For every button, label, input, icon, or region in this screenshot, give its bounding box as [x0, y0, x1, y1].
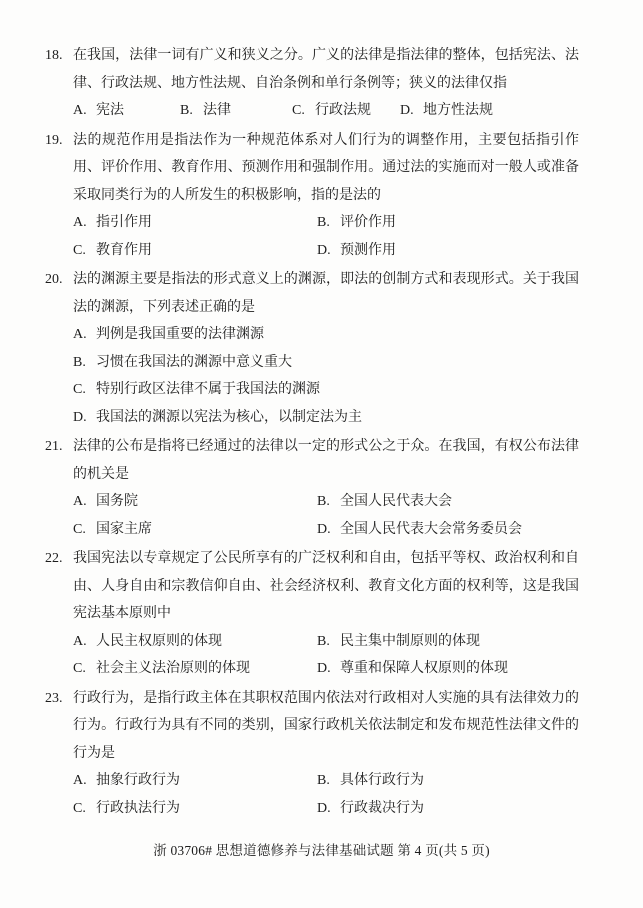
options-grid: A.国务院 B.全国人民代表大会 C.国家主席 D.全国人民代表大会常务委员会 — [73, 488, 579, 543]
option-text: 特别行政区法律不属于我国法的渊源 — [96, 382, 320, 397]
option-a: A.国务院 — [73, 488, 317, 516]
option-text: 宪法 — [96, 103, 124, 118]
option-text: 人民主权原则的体现 — [96, 634, 222, 649]
question-text: 行政行为，是指行政主体在其职权范围内依法对行政相对人实施的具有法律效力的行为。行… — [73, 685, 579, 768]
question-18: 18. 在我国，法律一词有广义和狭义之分。广义的法律是指法律的整体，包括宪法、法… — [45, 42, 579, 125]
option-d: D.尊重和保障人权原则的体现 — [317, 655, 579, 683]
option-label: C. — [292, 97, 306, 125]
option-text: 评价作用 — [340, 215, 396, 230]
option-text: 国务院 — [96, 494, 138, 509]
option-label: C. — [73, 237, 87, 265]
options-grid: A.指引作用 B.评价作用 C.教育作用 D.预测作用 — [73, 209, 579, 264]
option-c: C.国家主席 — [73, 516, 317, 544]
options-grid: A.人民主权原则的体现 B.民主集中制原则的体现 C.社会主义法治原则的体现 D… — [73, 628, 579, 683]
option-label: D. — [317, 516, 331, 544]
option-a: A.指引作用 — [73, 209, 317, 237]
question-body: 法的规范作用是指法作为一种规范体系对人们行为的调整作用，主要包括指引作用、评价作… — [73, 127, 579, 265]
question-text: 我国宪法以专章规定了公民所享有的广泛权利和自由，包括平等权、政治权利和自由、人身… — [73, 545, 579, 628]
option-text: 预测作用 — [340, 243, 396, 258]
question-number: 18. — [45, 42, 73, 125]
option-b: B.具体行政行为 — [317, 767, 579, 795]
options-grid: A.抽象行政行为 B.具体行政行为 C.行政执法行为 D.行政裁决行为 — [73, 767, 579, 822]
option-text: 行政法规 — [315, 103, 371, 118]
question-number: 19. — [45, 127, 73, 265]
option-d: D.行政裁决行为 — [317, 795, 579, 823]
question-body: 我国宪法以专章规定了公民所享有的广泛权利和自由，包括平等权、政治权利和自由、人身… — [73, 545, 579, 683]
option-label: D. — [317, 237, 331, 265]
option-text: 教育作用 — [96, 243, 152, 258]
question-number: 21. — [45, 433, 73, 543]
page-footer: 浙 03706# 思想道德修养与法律基础试题 第 4 页(共 5 页) — [0, 837, 643, 865]
option-text: 行政裁决行为 — [340, 801, 424, 816]
question-number: 23. — [45, 685, 73, 823]
option-a: A.人民主权原则的体现 — [73, 628, 317, 656]
option-label: B. — [317, 628, 331, 656]
option-d: D.预测作用 — [317, 237, 579, 265]
option-label: C. — [73, 516, 87, 544]
question-text: 在我国，法律一词有广义和狭义之分。广义的法律是指法律的整体，包括宪法、法律、行政… — [73, 42, 579, 97]
option-text: 抽象行政行为 — [96, 773, 180, 788]
option-label: B. — [317, 209, 331, 237]
question-number: 20. — [45, 266, 73, 431]
option-c: C.行政执法行为 — [73, 795, 317, 823]
option-label: C. — [73, 795, 87, 823]
question-21: 21. 法律的公布是指将已经通过的法律以一定的形式公之于众。在我国，有权公布法律… — [45, 433, 579, 543]
question-19: 19. 法的规范作用是指法作为一种规范体系对人们行为的调整作用，主要包括指引作用… — [45, 127, 579, 265]
option-a: A.抽象行政行为 — [73, 767, 317, 795]
question-23: 23. 行政行为，是指行政主体在其职权范围内依法对行政相对人实施的具有法律效力的… — [45, 685, 579, 823]
option-label: D. — [400, 97, 414, 125]
option-label: A. — [73, 97, 87, 125]
option-text: 习惯在我国法的渊源中意义重大 — [96, 355, 292, 370]
question-body: 行政行为，是指行政主体在其职权范围内依法对行政相对人实施的具有法律效力的行为。行… — [73, 685, 579, 823]
option-b: B.习惯在我国法的渊源中意义重大 — [73, 349, 579, 377]
option-c: C.行政法规 — [292, 97, 400, 125]
question-body: 在我国，法律一词有广义和狭义之分。广义的法律是指法律的整体，包括宪法、法律、行政… — [73, 42, 579, 125]
option-d: D.全国人民代表大会常务委员会 — [317, 516, 579, 544]
option-c: C.社会主义法治原则的体现 — [73, 655, 317, 683]
option-text: 社会主义法治原则的体现 — [96, 661, 250, 676]
option-text: 行政执法行为 — [96, 801, 180, 816]
option-d: D.我国法的渊源以宪法为核心，以制定法为主 — [73, 404, 579, 432]
question-22: 22. 我国宪法以专章规定了公民所享有的广泛权利和自由，包括平等权、政治权利和自… — [45, 545, 579, 683]
option-c: C.教育作用 — [73, 237, 317, 265]
option-label: A. — [73, 321, 87, 349]
option-label: A. — [73, 488, 87, 516]
option-text: 尊重和保障人权原则的体现 — [340, 661, 508, 676]
option-d: D.地方性法规 — [400, 97, 579, 125]
option-c: C.特别行政区法律不属于我国法的渊源 — [73, 376, 579, 404]
option-label: A. — [73, 209, 87, 237]
question-text: 法的渊源主要是指法的形式意义上的渊源，即法的创制方式和表现形式。关于我国法的渊源… — [73, 266, 579, 321]
option-b: B.法律 — [180, 97, 292, 125]
option-text: 国家主席 — [96, 522, 152, 537]
option-label: A. — [73, 628, 87, 656]
option-text: 具体行政行为 — [340, 773, 424, 788]
option-a: A.宪法 — [73, 97, 180, 125]
question-body: 法的渊源主要是指法的形式意义上的渊源，即法的创制方式和表现形式。关于我国法的渊源… — [73, 266, 579, 431]
option-label: B. — [317, 767, 331, 795]
option-label: C. — [73, 376, 87, 404]
option-a: A.判例是我国重要的法律渊源 — [73, 321, 579, 349]
option-text: 法律 — [203, 103, 231, 118]
question-20: 20. 法的渊源主要是指法的形式意义上的渊源，即法的创制方式和表现形式。关于我国… — [45, 266, 579, 431]
option-text: 地方性法规 — [423, 103, 493, 118]
option-label: D. — [317, 795, 331, 823]
exam-page: 18. 在我国，法律一词有广义和狭义之分。广义的法律是指法律的整体，包括宪法、法… — [0, 0, 643, 908]
option-label: B. — [73, 349, 87, 377]
option-text: 指引作用 — [96, 215, 152, 230]
option-text: 判例是我国重要的法律渊源 — [96, 327, 264, 342]
option-label: A. — [73, 767, 87, 795]
option-label: C. — [73, 655, 87, 683]
option-text: 民主集中制原则的体现 — [340, 634, 480, 649]
question-body: 法律的公布是指将已经通过的法律以一定的形式公之于众。在我国，有权公布法律的机关是… — [73, 433, 579, 543]
option-label: D. — [73, 404, 87, 432]
options-list: A.判例是我国重要的法律渊源 B.习惯在我国法的渊源中意义重大 C.特别行政区法… — [73, 321, 579, 431]
option-text: 全国人民代表大会 — [340, 494, 452, 509]
option-text: 全国人民代表大会常务委员会 — [340, 522, 522, 537]
option-b: B.评价作用 — [317, 209, 579, 237]
options-grid: A.宪法 B.法律 C.行政法规 D.地方性法规 — [73, 97, 579, 125]
option-b: B.全国人民代表大会 — [317, 488, 579, 516]
question-text: 法律的公布是指将已经通过的法律以一定的形式公之于众。在我国，有权公布法律的机关是 — [73, 433, 579, 488]
option-label: D. — [317, 655, 331, 683]
option-text: 我国法的渊源以宪法为核心，以制定法为主 — [96, 410, 362, 425]
option-b: B.民主集中制原则的体现 — [317, 628, 579, 656]
question-text: 法的规范作用是指法作为一种规范体系对人们行为的调整作用，主要包括指引作用、评价作… — [73, 127, 579, 210]
option-label: B. — [180, 97, 194, 125]
option-label: B. — [317, 488, 331, 516]
question-number: 22. — [45, 545, 73, 683]
